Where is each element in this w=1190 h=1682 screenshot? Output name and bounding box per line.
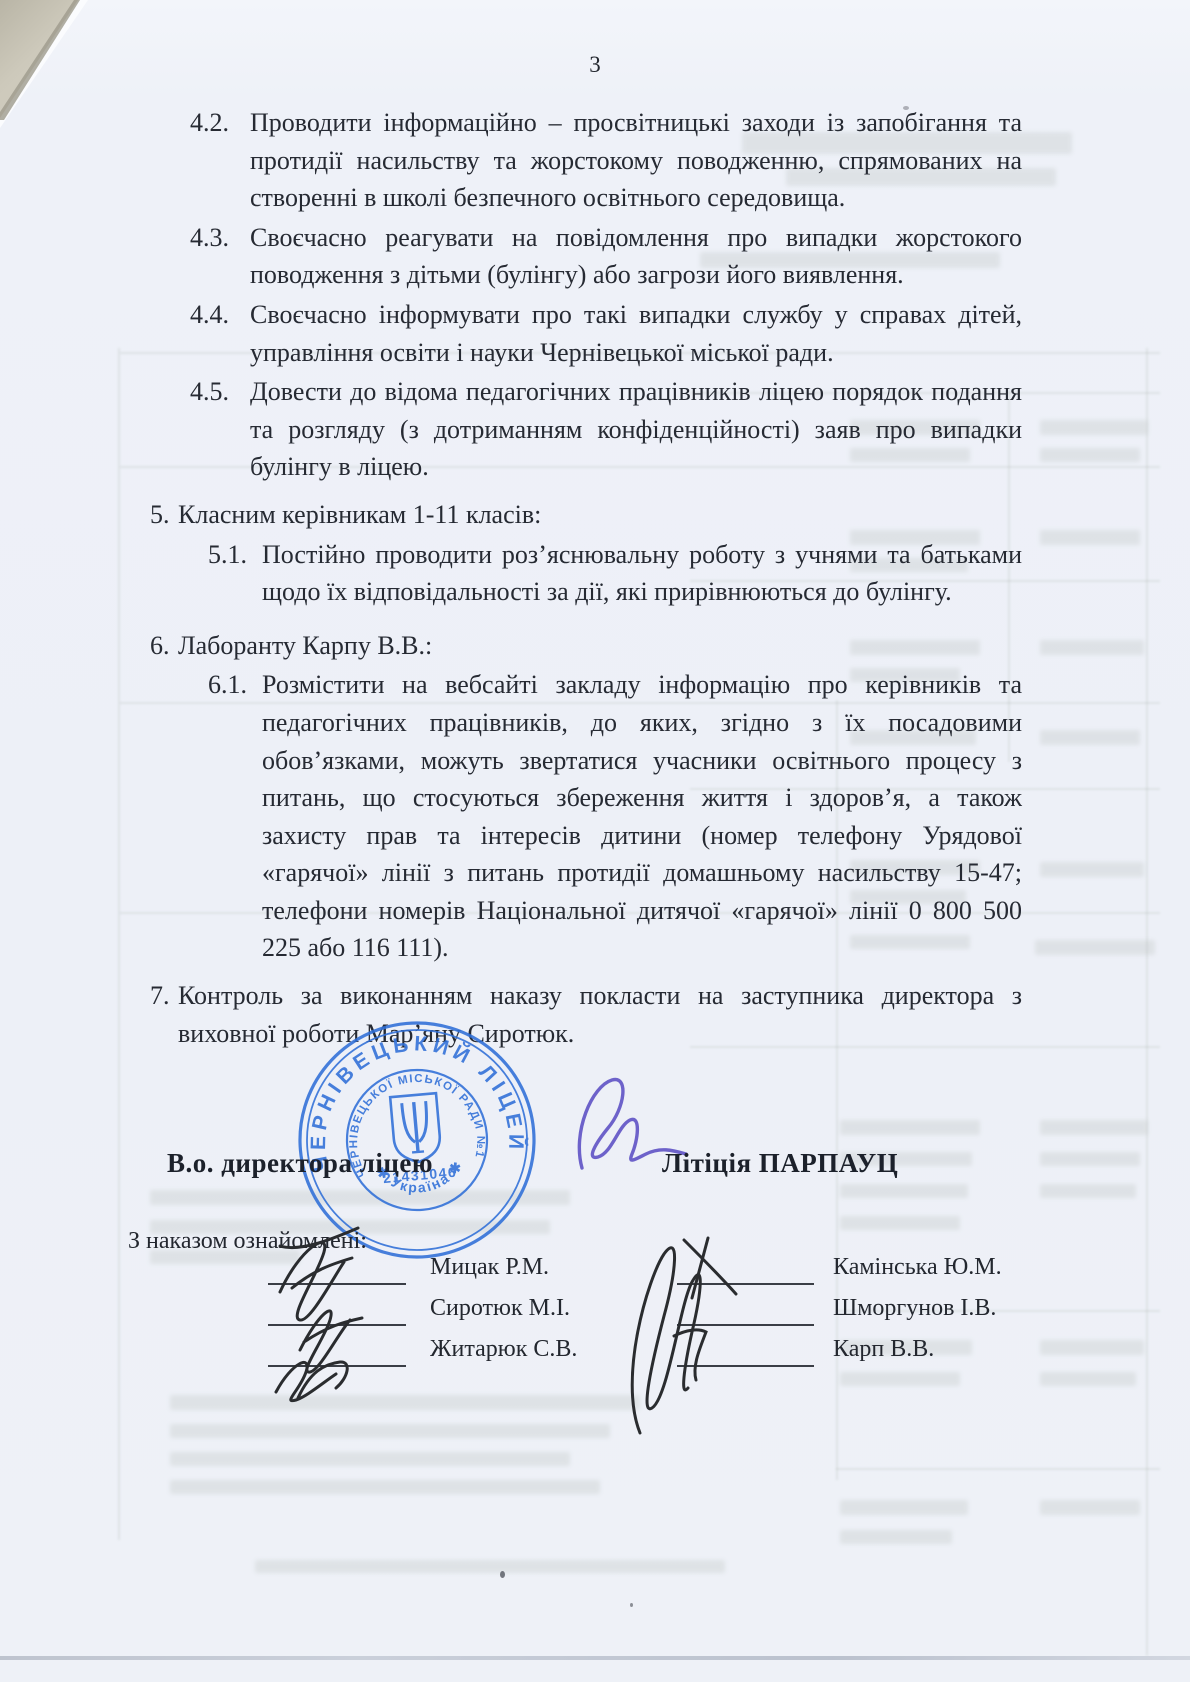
- director-title: В.о. директора ліцею: [167, 1148, 433, 1179]
- order-item-text: Своєчасно реагувати на повідомлення про …: [250, 219, 1022, 294]
- order-item-number: 6.1.: [208, 666, 262, 704]
- bleed-through-text-artifact: [255, 1560, 725, 1573]
- bleed-through-table-line: [118, 348, 120, 1540]
- ink-speck: [500, 1571, 505, 1578]
- order-item-number: 5.1.: [208, 536, 262, 574]
- scanned-order-page: 3 4.2.Проводити інформаційно – просвітни…: [0, 0, 1190, 1682]
- bleed-through-text-artifact: [1040, 420, 1148, 435]
- bleed-through-text-artifact: [1040, 530, 1140, 545]
- order-item: 4.2.Проводити інформаційно – просвітниць…: [150, 104, 1022, 217]
- order-item: 4.4.Своєчасно інформувати про такі випад…: [150, 296, 1022, 371]
- bleed-through-text-artifact: [840, 1530, 952, 1544]
- signer-name: Сиротюк М.І.: [430, 1295, 570, 1322]
- signer-name: Карп В.В.: [833, 1336, 934, 1363]
- order-item-number: 6.: [150, 627, 178, 665]
- order-item: 6.Лаборанту Карпу В.В.:: [150, 627, 1022, 665]
- director-name: Літіція ПАРПАУЦ: [662, 1148, 898, 1179]
- bleed-through-text-artifact: [1040, 1152, 1140, 1166]
- ink-speck: [903, 106, 909, 110]
- order-item-number: 4.2.: [190, 104, 250, 142]
- bleed-through-text-artifact: [1040, 1120, 1148, 1135]
- bleed-through-text-artifact: [1040, 862, 1144, 877]
- order-item-number: 4.3.: [190, 219, 250, 257]
- order-item: 5.Класним керівникам 1-11 класів:: [150, 496, 1022, 534]
- bleed-through-text-artifact: [1035, 940, 1155, 955]
- bleed-through-text-artifact: [840, 1120, 980, 1135]
- bleed-through-text-artifact: [840, 1216, 960, 1230]
- bleed-through-text-artifact: [170, 1480, 600, 1494]
- order-item-number: 5.: [150, 496, 178, 534]
- bleed-through-text-artifact: [1040, 1184, 1136, 1198]
- ink-speck: [630, 1603, 633, 1607]
- order-item-text: Лаборанту Карпу В.В.:: [178, 627, 1022, 665]
- bleed-through-text-artifact: [1040, 448, 1140, 462]
- bleed-through-text-artifact: [1040, 640, 1144, 655]
- signatures-left-ink: [240, 1222, 450, 1412]
- bleed-through-table-line: [836, 1468, 1160, 1470]
- order-item: 4.5.Довести до відома педагогічних праці…: [150, 373, 1022, 486]
- signer-name: Житарюк С.В.: [430, 1336, 577, 1363]
- order-item-text: Класним керівникам 1-11 класів:: [178, 496, 1022, 534]
- order-body: 4.2.Проводити інформаційно – просвітниць…: [150, 104, 1022, 1054]
- order-item-number: 7.: [150, 977, 178, 1015]
- bleed-through-text-artifact: [840, 1500, 968, 1515]
- signatures-right-ink: [588, 1228, 808, 1448]
- order-item: 5.1.Постійно проводити роз’яснювальну ро…: [150, 536, 1022, 611]
- bleed-through-text-artifact: [1040, 1500, 1140, 1515]
- page-number: 3: [0, 52, 1190, 78]
- order-item-text: Постійно проводити роз’яснювальну роботу…: [262, 536, 1022, 611]
- bleed-through-table-line: [1146, 348, 1148, 1656]
- signer-name: Камінська Ю.М.: [833, 1254, 1002, 1281]
- bleed-through-text-artifact: [1040, 730, 1140, 745]
- order-item: 6.1.Розмістити на вебсайті закладу інфор…: [150, 666, 1022, 967]
- order-item-number: 4.4.: [190, 296, 250, 334]
- order-item-text: Своєчасно інформувати про такі випадки с…: [250, 296, 1022, 371]
- order-item-text: Розмістити на вебсайті закладу інформаці…: [262, 666, 1022, 967]
- order-item: 4.3.Своєчасно реагувати на повідомлення …: [150, 219, 1022, 294]
- signer-name: Шморгунов І.В.: [833, 1295, 996, 1322]
- scanner-edge-line: [0, 1656, 1190, 1660]
- bleed-through-text-artifact: [840, 1184, 968, 1198]
- order-item-text: Довести до відома педагогічних працівник…: [250, 373, 1022, 486]
- order-item-text: Проводити інформаційно – просвітницькі з…: [250, 104, 1022, 217]
- bleed-through-text-artifact: [170, 1424, 610, 1438]
- order-item: 7.Контроль за виконанням наказу покласти…: [150, 977, 1022, 1052]
- order-item-number: 4.5.: [190, 373, 250, 411]
- bleed-through-text-artifact: [170, 1452, 570, 1466]
